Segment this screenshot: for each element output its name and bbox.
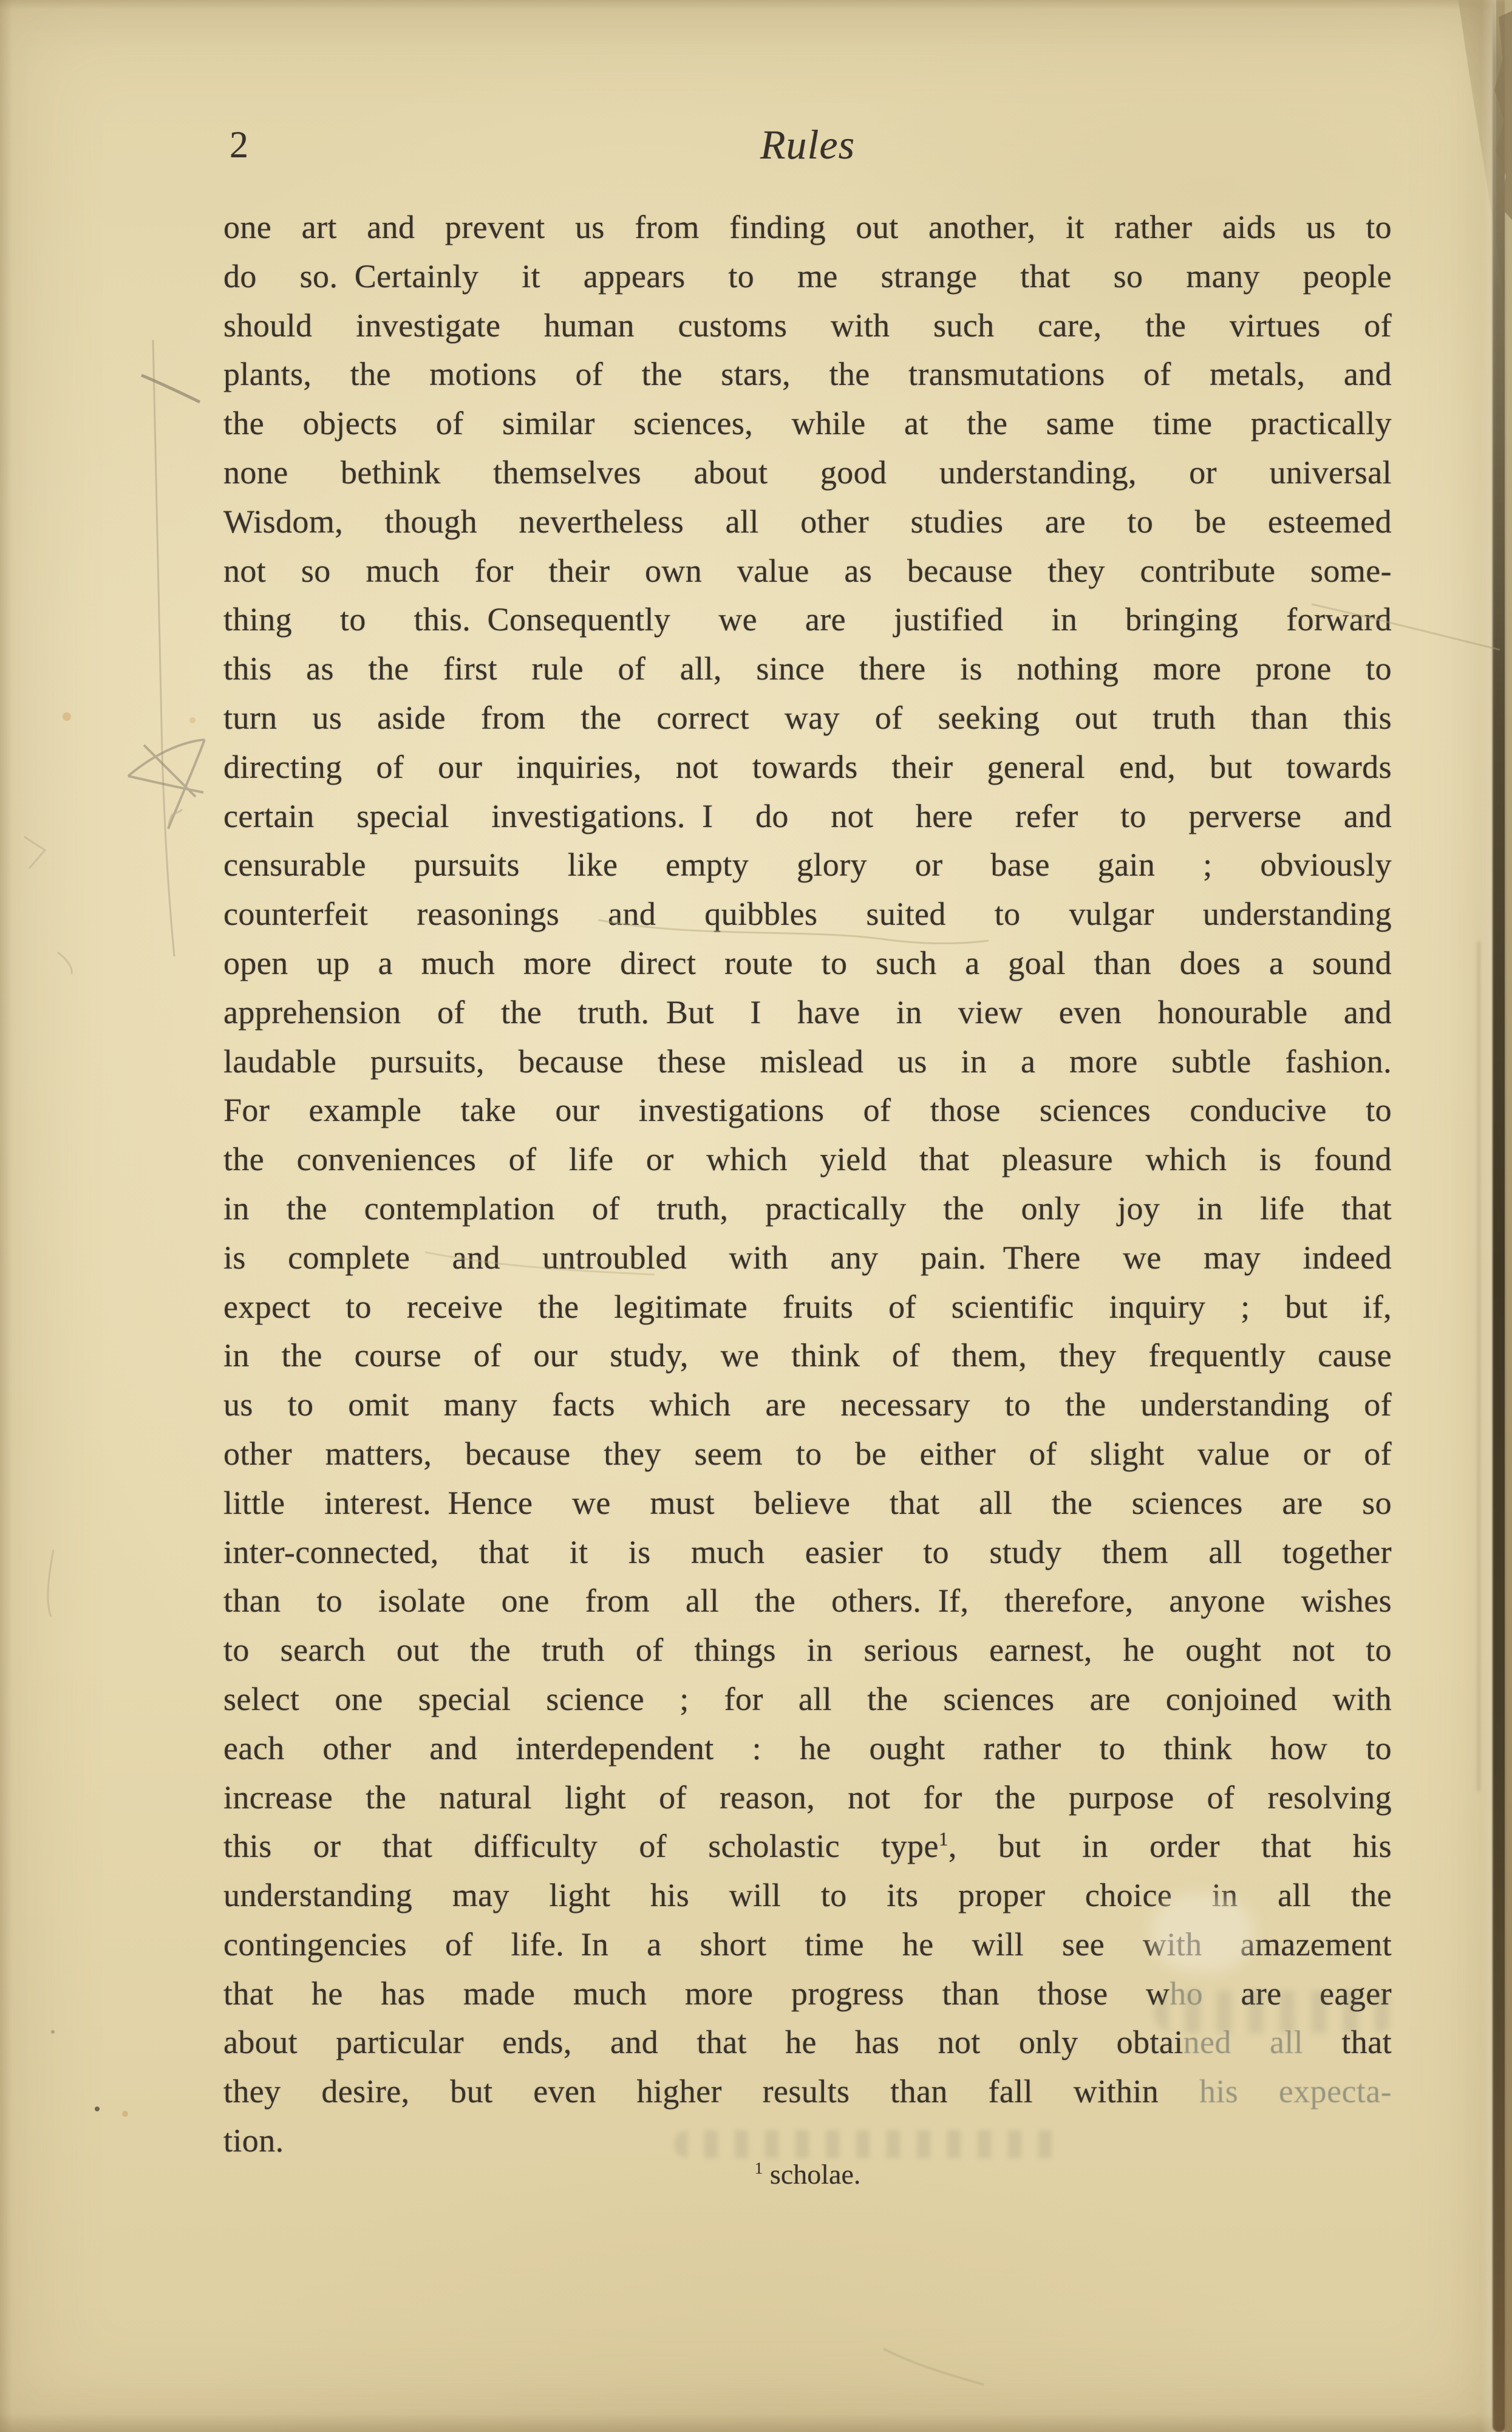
- text-line: the conveniences of life or which yield …: [223, 1135, 1392, 1184]
- text-line: this or that difficulty of scholastic ty…: [223, 1822, 1392, 1871]
- text-segment: they desire, but even higher results tha…: [223, 2073, 1199, 2110]
- stain-speck: [189, 717, 196, 723]
- torn-corner-top-right: [1409, 0, 1512, 352]
- footnote-reference: 1: [939, 1828, 948, 1850]
- text-line: select one special science ; for all the…: [223, 1675, 1392, 1724]
- text-segment: that he has made much more progress than…: [223, 1975, 1170, 2012]
- text-line: do so. Certainly it appears to me strang…: [223, 252, 1392, 301]
- text-segment: about particular ends, and that he has n…: [223, 2024, 1183, 2060]
- text-line: is complete and untroubled with any pain…: [223, 1233, 1392, 1282]
- faded-text-segment: ned all: [1183, 2024, 1304, 2060]
- ink-speck: [51, 2030, 55, 2034]
- pencil-star-scribble: [128, 740, 205, 829]
- body-text: one art and prevent us from finding out …: [223, 203, 1392, 2165]
- text-segment: , but in order that his: [948, 1828, 1392, 1864]
- text-line: that he has made much more progress than…: [223, 1969, 1392, 2018]
- page-bottom-edge-shadow: [0, 2414, 1512, 2432]
- text-line: counterfeit reasonings and quibbles suit…: [223, 890, 1392, 939]
- text-line: other matters, because they seem to be e…: [223, 1429, 1392, 1479]
- text-line: this as the first rule of all, since the…: [223, 644, 1392, 693]
- ink-speck: [95, 2107, 100, 2111]
- stain-speck: [63, 712, 71, 721]
- page-top-edge-shadow: [0, 0, 1512, 10]
- text-line: directing of our inquiries, not towards …: [223, 743, 1392, 792]
- footnote-text: scholae.: [770, 2159, 860, 2190]
- page-right-secondary-crease: [1477, 941, 1480, 1791]
- page-header: 2 Rules: [223, 114, 1392, 181]
- page-right-edge-binding-line: [1493, 0, 1506, 2432]
- text-line: one art and prevent us from finding out …: [223, 203, 1392, 252]
- text-line: little interest. Hence we must believe t…: [223, 1479, 1392, 1528]
- text-line: censurable pursuits like empty glory or …: [223, 840, 1392, 890]
- page-right-edge-highlight: [1482, 0, 1496, 2432]
- pencil-stroke: [141, 375, 200, 402]
- pencil-line: [153, 340, 174, 956]
- text-line: each other and interdependent : he ought…: [223, 1724, 1392, 1773]
- pencil-mark: [58, 952, 72, 974]
- text-line: inter-connected, that it is much easier …: [223, 1528, 1392, 1577]
- text-line: open up a much more direct route to such…: [223, 939, 1392, 988]
- page-left-edge-shadow: [0, 0, 12, 2432]
- text-line: not so much for their own value as becau…: [223, 547, 1392, 596]
- text-line: contingencies of life. In a short time h…: [223, 1920, 1392, 1969]
- footnote-marker: 1: [755, 2159, 763, 2178]
- faded-text-segment: his expecta-: [1199, 2073, 1392, 2110]
- next-page-edge: [1505, 0, 1512, 2432]
- text-line: expect to receive the legitimate fruits …: [223, 1282, 1392, 1332]
- page-number: 2: [230, 118, 248, 172]
- text-line: than to isolate one from all the others.…: [223, 1576, 1392, 1626]
- text-line: plants, the motions of the stars, the tr…: [223, 350, 1392, 399]
- text-line: laudable pursuits, because these mislead…: [223, 1037, 1392, 1086]
- torn-edge-fragment: [1494, 11, 1512, 220]
- text-line: us to omit many facts which are necessar…: [223, 1380, 1392, 1429]
- text-line: apprehension of the truth. But I have in…: [223, 988, 1392, 1037]
- text-segment: are eager: [1203, 1975, 1392, 2012]
- text-line: should investigate human customs with su…: [223, 301, 1392, 350]
- pencil-mark: [24, 837, 45, 868]
- text-line: in the contemplation of truth, practical…: [223, 1184, 1392, 1233]
- text-line: certain special investigations. I do not…: [223, 792, 1392, 841]
- text-line: For example take our investigations of t…: [223, 1086, 1392, 1135]
- text-line: Wisdom, though nevertheless all other st…: [223, 497, 1392, 547]
- text-line: thing to this. Consequently we are justi…: [223, 595, 1392, 644]
- text-line: increase the natural light of reason, no…: [223, 1773, 1392, 1822]
- pencil-mark: [48, 1550, 53, 1616]
- text-segment: that: [1303, 2024, 1392, 2060]
- text-line: none bethink themselves about good under…: [223, 448, 1392, 497]
- text-line: to search out the truth of things in ser…: [223, 1626, 1392, 1675]
- text-segment: this or that difficulty of scholastic ty…: [223, 1828, 939, 1864]
- running-title: Rules: [223, 114, 1392, 175]
- text-line: they desire, but even higher results tha…: [223, 2067, 1392, 2116]
- text-line: understanding may light his will to its …: [223, 1871, 1392, 1920]
- stain-speck: [122, 2111, 128, 2117]
- text-line: turn us aside from the correct way of se…: [223, 693, 1392, 743]
- faded-text-segment: ho: [1170, 1975, 1203, 2012]
- paper-scratch: [884, 2349, 984, 2385]
- scanned-book-page: 2 Rules one art and prevent us from find…: [0, 0, 1512, 2432]
- text-line: in the course of our study, we think of …: [223, 1331, 1392, 1380]
- text-line: the objects of similar sciences, while a…: [223, 399, 1392, 448]
- text-line: about particular ends, and that he has n…: [223, 2018, 1392, 2067]
- footnote: 1 scholae.: [223, 2154, 1392, 2195]
